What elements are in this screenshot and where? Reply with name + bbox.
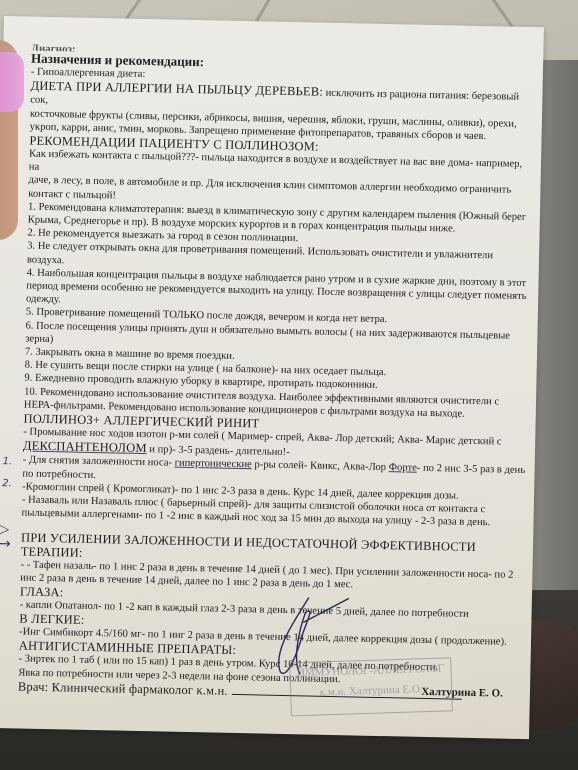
doctor-stamp: ИММУНОЛОГ-АЛЛЕРГОЛОГ к.м.н. Халтурина Е.… <box>289 657 453 716</box>
margin-note: → <box>0 536 11 552</box>
doctor-label: Врач: Клинический фармаколог к.м.н. <box>18 679 228 697</box>
margin-note: 1. <box>3 456 13 467</box>
prescription-sheet: Диагноз: Назначения и рекомендации: - Ги… <box>0 16 544 739</box>
underlined-text: Форте <box>389 463 417 475</box>
rhinitis-item: - Для снятия заложенности носа- <box>23 455 172 469</box>
underlined-text: гипертонические <box>175 458 252 471</box>
fingernail <box>0 52 24 112</box>
dexpanthenol-text: ДЕКСПАНТЕНОЛОМ <box>23 439 147 456</box>
margin-note: ▷ <box>0 522 9 537</box>
rhinitis-item: р-ры солей- Квикс, Аква-Лор <box>254 460 386 474</box>
margin-note: 2. <box>2 478 12 489</box>
